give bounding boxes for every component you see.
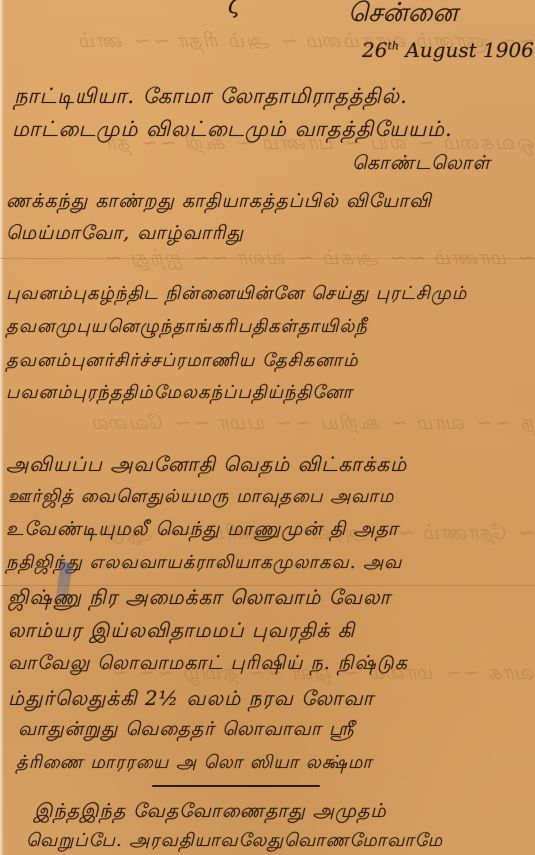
bleed-through-text: ந ~~ வாம ~ கூறிய ~~ யமா ~~ வேலை xyxy=(0,410,535,437)
letter-line: உவேண்டியுமலீ வெந்து மாணுமுன் தி அதா xyxy=(6,518,399,543)
letter-line: வெறுப்பே. அரவதியாவலேதுவொணமோவாமே xyxy=(26,830,443,853)
letter-line: பவனம்புரந்ததிம்மேலகந்ப்பதிய்ந்தினோ xyxy=(6,382,353,405)
letter-line: கொண்டலொள் xyxy=(352,152,491,177)
letter-page: ~~ ஞானம் வாகம்மை ~ அம் ரிதா ~~ ணம் ஒவகமை… xyxy=(0,0,535,855)
letter-line: அவியப்ப அவனோதி வெதம் விட்காக்கம் xyxy=(6,452,407,479)
letter-line: வாவேலு லொவாமகாட் புரிஷிய் ந. நிஷ்டுக xyxy=(8,652,408,677)
letter-line: புவனம்புகழ்ந்திட நின்னையின்னே செய்து புர… xyxy=(6,283,467,306)
letter-line: மாட்டைமும் விலட்டைமும் வாதத்தியேயம். xyxy=(12,117,453,144)
letter-line: நாட்டியியா. கோமா லோதாமிராதத்தில். xyxy=(14,84,408,111)
letter-line: த்ரிணை மாரரயை அ லொ ஸியா லக்ஷ்மா xyxy=(16,752,373,775)
bleed-through-text: ~ மாணம் ~~ அகம் ~ வலா ~~ ஐந்து ~ xyxy=(0,245,535,272)
letter-line: வாதுன்றுது வெதைதர் லொவாவா ஸ்ரீ xyxy=(18,718,355,743)
underline-stroke xyxy=(152,785,320,787)
letter-line: ம்துர்லெதுக்கி 2½ வலம் நரவ லோவா xyxy=(8,686,374,713)
letter-line: இந்தஇந்த வேதவோணைதாது அமுதம் xyxy=(34,800,387,825)
letter-line: ஜிஷ்ணு நிர அமைக்கா லொவாம் வேலா xyxy=(8,585,391,612)
letter-line: தவனமுபுயனெழுந்தாங்கரிபதிகள்தாயில்நீ xyxy=(6,316,368,339)
top-mark: ζ xyxy=(228,0,240,19)
letter-date: 26th August 1906 xyxy=(362,38,534,62)
letter-line: மெய்மாவோ, வாழ்வாரிது xyxy=(6,222,244,247)
letter-line: லாம்யர இய்லவிதாமமப் புவரதிக் கி xyxy=(8,618,355,645)
place-name: சென்னை xyxy=(348,0,458,31)
letter-line: ணக்கந்து காண்றது காதியாகத்தப்பில் வியோவி xyxy=(6,190,432,215)
letter-line: தவனம்புனர்சிர்ச்சப்ரமாணிய தேசிகனாம் xyxy=(6,350,359,373)
letter-line: ஊர்ஜித் வைளெதுல்யமரு மாவுதபை அவாம xyxy=(8,486,394,509)
